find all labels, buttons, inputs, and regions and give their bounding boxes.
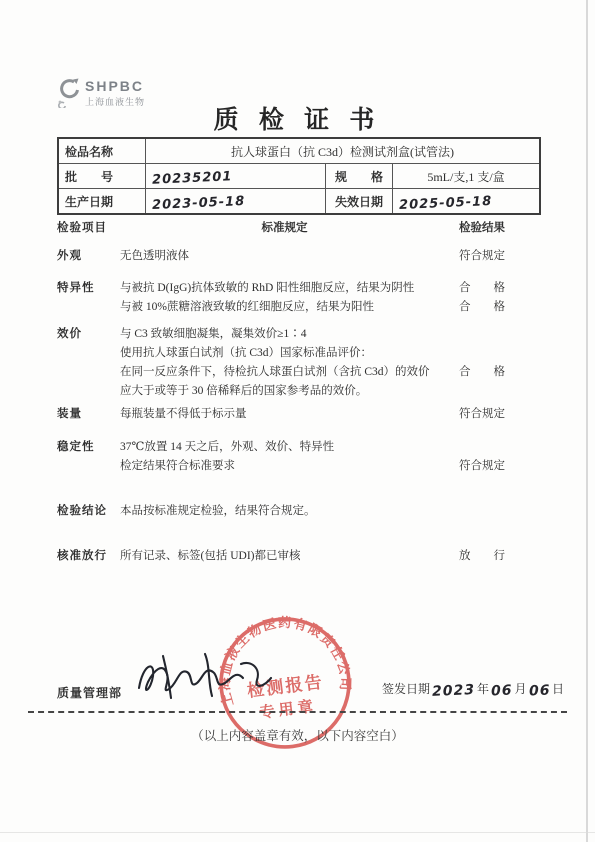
result-text: 符合规定 — [449, 247, 545, 266]
result-text: 放 行 — [449, 547, 545, 566]
standard-line: 无色透明液体 — [120, 247, 449, 266]
item-label: 特异性 — [57, 279, 118, 317]
day-unit: 日 — [552, 680, 564, 697]
signature-handwriting — [133, 648, 278, 710]
item-label: 外观 — [57, 247, 118, 266]
standard-text: 每瓶装量不得低于标示量 — [118, 405, 449, 424]
item-label: 稳定性 — [57, 438, 118, 476]
result-line — [459, 325, 545, 344]
standard-line: 使用抗人球蛋白试剂（抗 C3d）国家标准品评价： — [120, 344, 449, 363]
result-text: 合 格 — [449, 325, 545, 401]
standard-line: 所有记录、标签(包括 UDI)都已审核 — [120, 547, 449, 566]
spec-row-stability: 稳定性 37℃放置 14 天之后，外观、效价、特异性 检定结果符合标准要求 符合… — [57, 438, 545, 476]
batch-label: 批 号 — [59, 163, 145, 188]
standard-line: 37℃放置 14 天之后，外观、效价、特异性 — [120, 438, 449, 457]
logo-abbreviation: SHPBC — [85, 78, 145, 94]
mfg-date-value: 2023-05-18 — [145, 188, 325, 213]
issue-month-handwritten: 06 — [491, 683, 513, 700]
spec-row-titer: 效价 与 C3 致敏细胞凝集，凝集效价≥1∶4 使用抗人球蛋白试剂（抗 C3d）… — [57, 325, 545, 401]
product-name-value: 抗人球蛋白（抗 C3d）检测试剂盒(试管法) — [145, 139, 539, 163]
standard-line: 与被 10%蔗糖溶液致敏的红细胞反应，结果为阳性 — [120, 298, 449, 317]
issue-day-handwritten: 06 — [528, 683, 550, 700]
expiry-date-value: 2025-05-18 — [392, 188, 539, 213]
year-unit: 年 — [477, 680, 489, 697]
conclusion-row: 检验结论 本品按标准规定检验，结果符合规定。 — [57, 502, 545, 521]
spec-label: 规 格 — [325, 163, 392, 188]
result-line: 合 格 — [459, 279, 545, 298]
issue-date-label: 签发日期 — [382, 680, 430, 697]
columns-header-row: 检验项目 标准规定 检验结果 — [57, 219, 545, 235]
dashed-separator — [28, 711, 567, 713]
item-label: 效价 — [57, 325, 118, 401]
result-line: 符合规定 — [459, 457, 545, 476]
certificate-page: SHPBC 上海血液生物 质 检 证 书 检品名称 抗人球蛋白（抗 C3d）检测… — [0, 0, 595, 842]
issue-date: 签发日期 2023 年 06 月 06 日 — [382, 680, 564, 697]
product-info-table: 检品名称 抗人球蛋白（抗 C3d）检测试剂盒(试管法) 批 号 20235201… — [57, 137, 541, 215]
item-label: 核准放行 — [57, 547, 118, 566]
quality-dept-label: 质量管理部 — [57, 684, 122, 701]
standard-line: 每瓶装量不得低于标示量 — [120, 405, 449, 424]
mfg-date-handwritten: 2023-05-18 — [152, 193, 246, 212]
standard-line: 应大于或等于 30 倍稀释后的国家参考品的效价。 — [120, 382, 449, 401]
item-label: 检验结论 — [57, 502, 118, 521]
expiry-date-label: 失效日期 — [325, 188, 392, 213]
item-label: 装量 — [57, 405, 118, 424]
release-row: 核准放行 所有记录、标签(包括 UDI)都已审核 放 行 — [57, 547, 545, 566]
result-line — [459, 382, 545, 401]
result-line — [459, 502, 545, 521]
batch-handwritten: 20235201 — [152, 169, 233, 187]
scan-edge — [586, 0, 588, 842]
validity-note: （以上内容盖章有效，以下内容空白） — [0, 726, 595, 744]
standard-text: 与 C3 致敏细胞凝集，凝集效价≥1∶4 使用抗人球蛋白试剂（抗 C3d）国家标… — [118, 325, 449, 401]
result-line: 合 格 — [459, 363, 545, 382]
issue-year-handwritten: 2023 — [432, 682, 476, 700]
col-header-item: 检验项目 — [57, 219, 118, 235]
result-line: 放 行 — [459, 547, 545, 566]
product-name-label: 检品名称 — [59, 139, 145, 163]
standard-text: 与被抗 D(IgG)抗体致敏的 RhD 阳性细胞反应，结果为阴性 与被 10%蔗… — [118, 279, 449, 317]
standard-text: 所有记录、标签(包括 UDI)都已审核 — [118, 547, 449, 566]
expiry-date-handwritten: 2025-05-18 — [399, 193, 493, 212]
result-text: 合 格 合 格 — [449, 279, 545, 317]
col-header-result: 检验结果 — [449, 219, 545, 235]
standard-text: 37℃放置 14 天之后，外观、效价、特异性 检定结果符合标准要求 — [118, 438, 449, 476]
standard-line: 检定结果符合标准要求 — [120, 457, 449, 476]
spec-row-fill-volume: 装量 每瓶装量不得低于标示量 符合规定 — [57, 405, 545, 424]
standard-line: 本品按标准规定检验，结果符合规定。 — [120, 502, 449, 521]
col-header-standard: 标准规定 — [118, 219, 449, 235]
result-text: 符合规定 — [449, 438, 545, 476]
spec-row-appearance: 外观 无色透明液体 符合规定 — [57, 247, 545, 266]
standard-line: 在同一反应条件下，待检抗人球蛋白试剂（含抗 C3d）的效价 — [120, 363, 449, 382]
standard-line: 与 C3 致敏细胞凝集，凝集效价≥1∶4 — [120, 325, 449, 344]
result-line — [459, 344, 545, 363]
result-line: 符合规定 — [459, 405, 545, 424]
mfg-date-label: 生产日期 — [59, 188, 145, 213]
result-line: 合 格 — [459, 298, 545, 317]
standard-text: 本品按标准规定检验，结果符合规定。 — [118, 502, 449, 521]
spec-row-specificity: 特异性 与被抗 D(IgG)抗体致敏的 RhD 阳性细胞反应，结果为阴性 与被 … — [57, 279, 545, 317]
spec-value: 5mL/支,1 支/盒 — [392, 163, 539, 188]
document-title: 质 检 证 书 — [0, 100, 595, 136]
month-unit: 月 — [514, 680, 526, 697]
standard-line: 与被抗 D(IgG)抗体致敏的 RhD 阳性细胞反应，结果为阴性 — [120, 279, 449, 298]
result-line: 符合规定 — [459, 247, 545, 266]
standard-text: 无色透明液体 — [118, 247, 449, 266]
scan-edge — [0, 832, 595, 833]
result-line — [459, 438, 545, 457]
result-text: 符合规定 — [449, 405, 545, 424]
batch-value: 20235201 — [145, 163, 325, 188]
result-text — [449, 502, 545, 521]
